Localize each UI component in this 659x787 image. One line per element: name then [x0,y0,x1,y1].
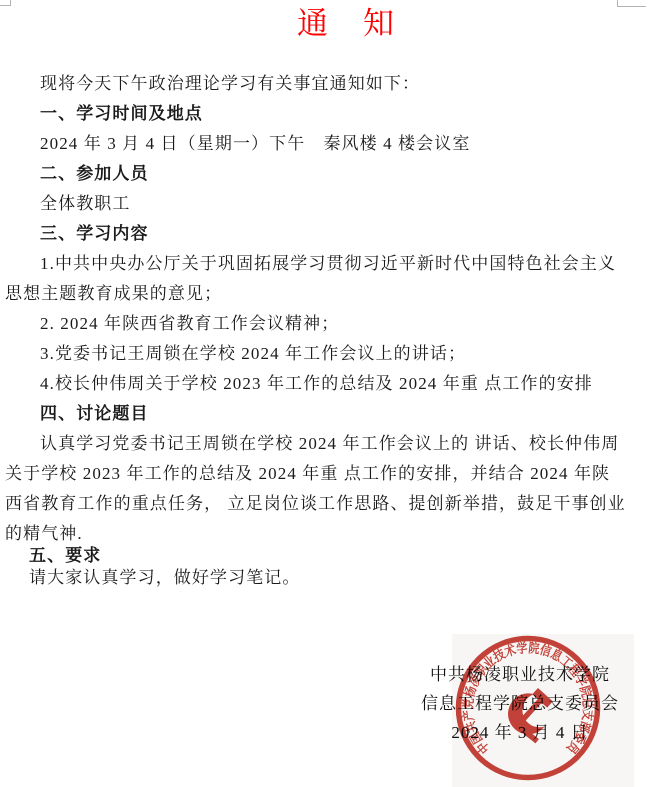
body-line: 请大家认真学习，做好学习笔记。 [5,567,639,589]
body-line: 3.党委书记王周锁在学校 2024 年工作会议上的讲话； [5,339,639,369]
body-line: 二、参加人员 [5,159,639,189]
body-line: 2024 年 3 月 4 日（星期一）下午 秦风楼 4 楼会议室 [5,129,639,159]
body-line: 2. 2024 年陕西省教育工作会议精神； [5,309,639,339]
body-line: 思想主题教育成果的意见； [5,279,639,309]
document-body: 现将今天下午政治理论学习有关事宜通知如下：一、学习时间及地点2024 年 3 月… [5,69,639,589]
seal-outer-ring [459,639,598,778]
body-line: 四、讨论题目 [5,399,639,429]
body-line: 认真学习党委书记王周锁在学校 2024 年工作会议上的 讲话、校长仲伟周 [5,429,639,459]
body-line: 西省教育工作的重点任务， 立足岗位谈工作思路、提创新举措，鼓足干事创业 [5,489,639,519]
seal-ring-text: 中国共产党杨凌职业技术学院信息工程学院总支部委员会 [448,628,596,757]
body-line: 4.校长仲伟周关于学校 2023 年工作的总结及 2024 年重 点工作的安排 [5,369,639,399]
body-line: 关于学校 2023 年工作的总结及 2024 年重 点工作的安排，并结合 202… [5,459,639,489]
body-line: 五、要求 [5,545,639,567]
body-line: 全体教职工 [5,189,639,219]
body-line: 三、学习内容 [5,219,639,249]
page-title: 通 知 [0,4,659,44]
body-line: 1.中共中央办公厅关于巩固拓展学习贯彻习近平新时代中国特色社会主义 [5,249,639,279]
hammer-and-sickle-icon [503,688,553,743]
body-line: 一、学习时间及地点 [5,99,639,129]
official-seal-stamp: 中国共产党杨凌职业技术学院信息工程学院总支部委员会 [448,628,608,787]
body-line: 现将今天下午政治理论学习有关事宜通知如下： [5,69,639,99]
document-page: 通 知 现将今天下午政治理论学习有关事宜通知如下：一、学习时间及地点2024 年… [0,0,659,787]
